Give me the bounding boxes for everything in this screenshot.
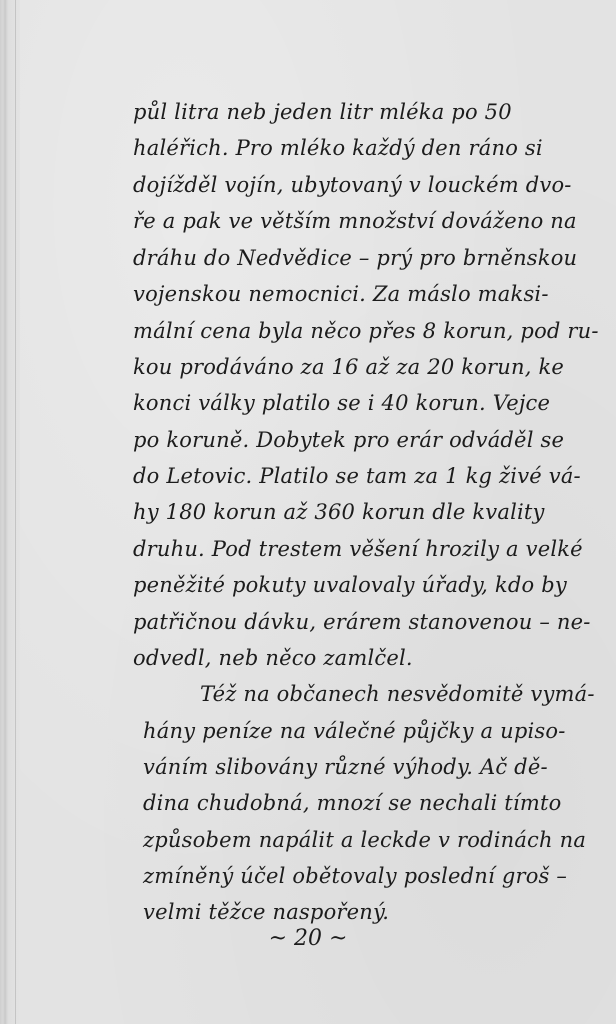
text-line: váním slibovány různé výhody. Ač dě- [143, 755, 548, 779]
text-line: druhu. Pod trestem věšení hrozily a velk… [133, 537, 583, 561]
text-line: kou prodáváno za 16 až za 20 korun, ke [133, 355, 564, 379]
text-line: zmíněný účel obětovaly poslední groš – [143, 864, 567, 888]
text-line: do Letovic. Platilo se tam za 1 kg živé … [133, 464, 581, 488]
text-line: vojenskou nemocnici. Za máslo maksi- [133, 282, 549, 306]
text-line: po koruně. Dobytek pro erár odváděl se [133, 428, 564, 452]
text-line: mální cena byla něco přes 8 korun, pod r… [133, 319, 599, 343]
text-line: ře a pak ve větším množství dováženo na [133, 209, 577, 233]
text-line: dina chudobná, mnozí se nechali tímto [143, 791, 561, 815]
text-line: dojížděl vojín, ubytovaný v louckém dvo- [133, 173, 572, 197]
text-line: odvedl, neb něco zamlčel. [133, 646, 413, 670]
text-line: konci války platilo se i 40 korun. Vejce [133, 391, 550, 415]
text-line: dráhu do Nedvědice – prý pro brněnskou [133, 246, 577, 270]
text-line: peněžité pokuty uvalovaly úřady, kdo by [133, 573, 567, 597]
text-line: hy 180 korun až 360 korun dle kvality [133, 500, 545, 524]
document-page: půl litra neb jeden litr mléka po 50 hal… [0, 0, 616, 1024]
paragraph-start-line: Též na občanech nesvědomitě vymá- [200, 682, 595, 706]
text-line: patřičnou dávku, erárem stanovenou – ne- [133, 610, 591, 634]
page-number: ~ 20 ~ [0, 926, 616, 951]
text-line: haléřich. Pro mléko každý den ráno si [133, 136, 543, 160]
text-line: způsobem napálit a leckde v rodinách na [143, 828, 586, 852]
text-line: hány peníze na válečné půjčky a upiso- [143, 719, 566, 743]
handwritten-text-block: půl litra neb jeden litr mléka po 50 hal… [0, 0, 616, 1024]
text-line: velmi těžce naspořený. [143, 900, 389, 924]
text-line: půl litra neb jeden litr mléka po 50 [133, 100, 512, 124]
